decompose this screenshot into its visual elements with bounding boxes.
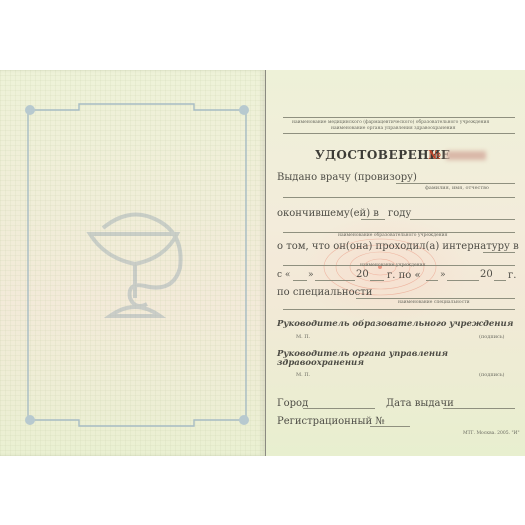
from-label: с « — [277, 270, 290, 280]
left-page — [0, 70, 266, 456]
signature-2: (подпись) — [479, 372, 505, 378]
header-caption-2: наименование органа управления здравоохр… — [331, 126, 455, 131]
specialty-field-2[interactable] — [283, 309, 515, 310]
institution-caption: наименование образовательного учреждения — [338, 233, 447, 238]
issued-caption: фамилия, имя, отчество — [425, 185, 489, 191]
certificate-number-redacted — [446, 151, 486, 160]
specialty-caption: наименование специальности — [398, 300, 470, 305]
signature-1: (подпись) — [479, 334, 505, 340]
number-sign: № — [428, 148, 441, 162]
start-year-field[interactable] — [370, 280, 384, 281]
start-year-suffix: г. по « — [387, 270, 421, 281]
head-health-label-2: здравоохранения — [277, 358, 364, 368]
printer-mark: МТГ. Москва. 2005. "И" — [463, 431, 520, 436]
quote-close-1: » — [308, 270, 314, 280]
stamp-2: М. П. — [296, 372, 310, 378]
reg-number-field[interactable] — [370, 426, 410, 427]
specialty-field[interactable] — [356, 298, 515, 299]
reg-number-label: Регистрационный № — [277, 416, 385, 427]
graduation-year-field[interactable] — [361, 219, 385, 220]
institution-line[interactable] — [283, 117, 515, 118]
year-label: году — [388, 208, 411, 219]
internship-institution-field[interactable] — [483, 252, 515, 253]
header-caption-1: наименование медицинского (фармацевтичес… — [292, 120, 489, 125]
stamp-1: М. П. — [296, 334, 310, 340]
city-field[interactable] — [303, 408, 375, 409]
institution-caption-2: наименование учреждения — [360, 263, 425, 268]
specialty-label: по специальности — [277, 287, 372, 298]
start-month-field[interactable] — [315, 280, 355, 281]
end-year-suffix: г. — [508, 270, 516, 281]
start-day-field[interactable] — [293, 280, 307, 281]
quote-close-2: » — [440, 270, 446, 280]
bowl-of-hygieia-icon — [85, 198, 195, 323]
full-name-field-2[interactable] — [283, 197, 515, 198]
end-year-field[interactable] — [494, 280, 506, 281]
end-day-field[interactable] — [426, 280, 438, 281]
health-authority-line[interactable] — [283, 133, 515, 134]
issue-date-field[interactable] — [443, 408, 515, 409]
full-name-field[interactable] — [396, 183, 515, 184]
end-year-prefix: 20 — [480, 269, 493, 280]
head-institution-label: Руководитель образовательного учреждения — [277, 319, 513, 329]
start-year-prefix: 20 — [356, 269, 369, 280]
graduated-institution-field[interactable] — [410, 219, 515, 220]
issued-label: Выдано врачу (провизору) — [277, 172, 417, 183]
graduated-label: окончившему(ей) в — [277, 208, 379, 219]
end-month-field[interactable] — [447, 280, 479, 281]
internship-label: о том, что он(она) проходил(а) интернату… — [277, 241, 519, 252]
